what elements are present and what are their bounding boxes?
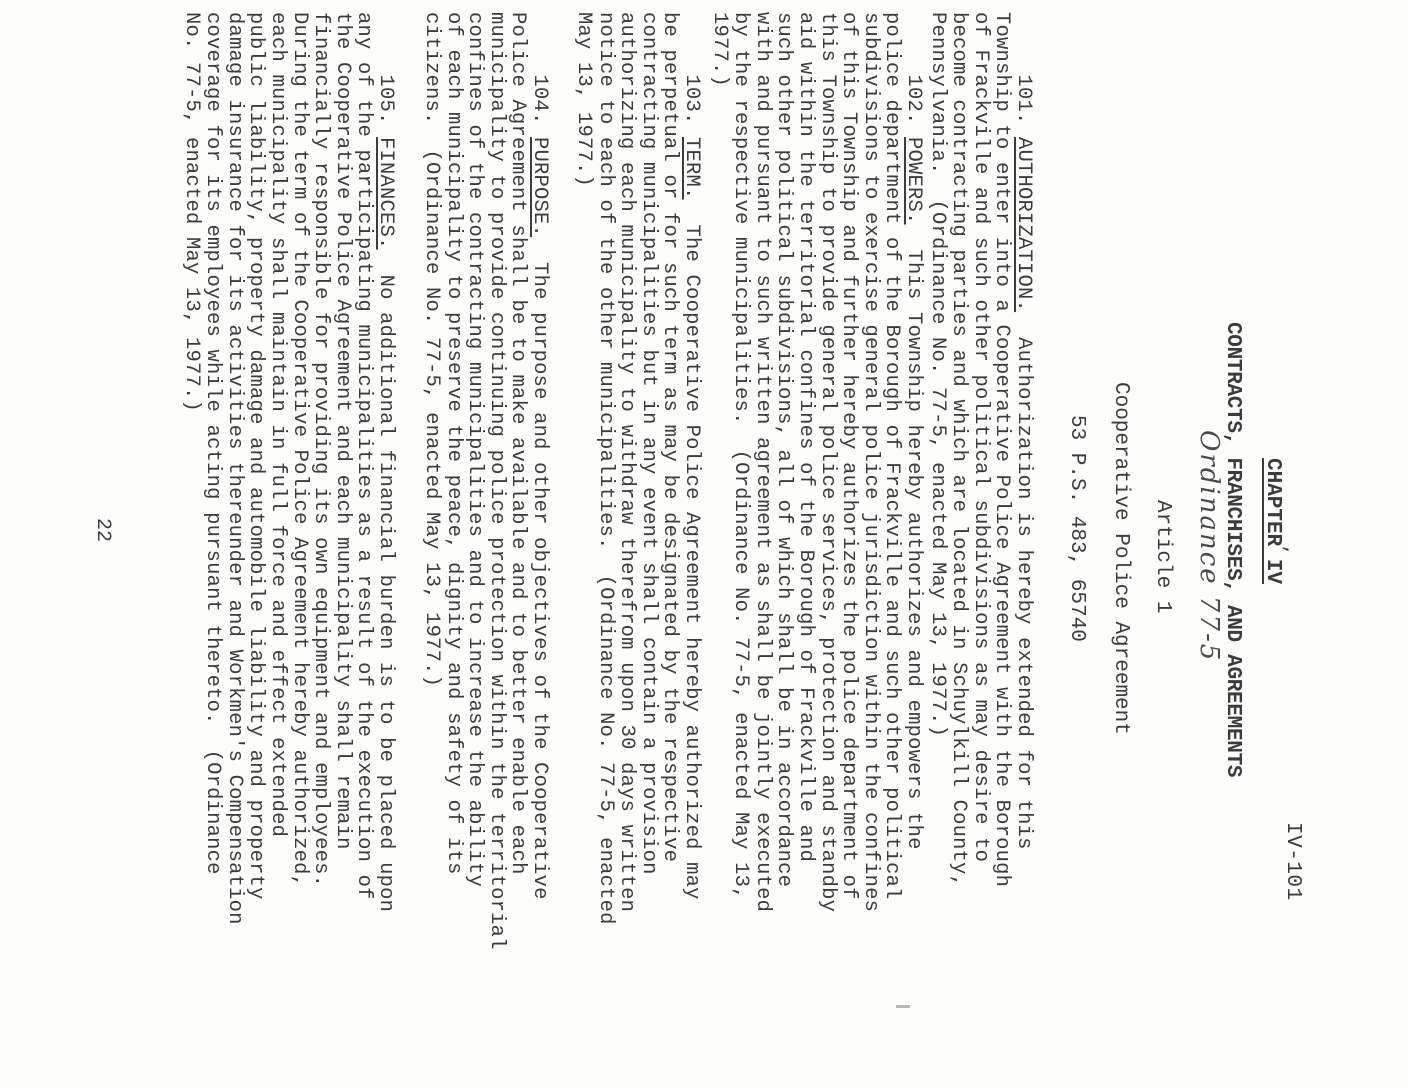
section-line: police department of the Borough of Frac… [881,12,903,1022]
section-line: notice to each of the other municipaliti… [594,12,616,1022]
section-line: municipality to provide continuing polic… [485,12,507,1022]
chapter-heading: CHAPTER IV [1261,458,1284,584]
section-line: financially responsible for providing it… [310,12,332,1022]
document-page: IV-101 , CHAPTER IV CONTRACTS, FRANCHISE… [0,0,1408,1088]
section-line: by the respective municipalities. (Ordin… [730,12,752,1022]
section-number: 105. [374,12,397,137]
section-line: 104. PURPOSE. The purpose and other obje… [528,12,550,1022]
section-line: become contracting parties and which are… [948,12,970,1022]
section-line: aid within the territorial confines of t… [794,12,816,1022]
section-line: 103. TERM. The Cooperative Police Agreem… [680,12,702,1022]
section-number: 102. [902,12,925,137]
section-line: 1977.) [708,12,730,1022]
section-line: Police Agreement shall be to make availa… [507,12,529,1022]
section-line: 101. AUTHORIZATION. Authorization is her… [1012,12,1034,1022]
section-heading: PURPOSE. [528,137,551,237]
section-line: each municipality shall maintain in full… [266,12,288,1022]
article-subject: Cooperative Police Agreement [1109,382,1132,735]
section-heading: FINANCES. [374,137,397,250]
section-heading: AUTHORIZATION. [1012,137,1035,312]
section-number: 101. [1012,12,1035,137]
section-line: 102. POWERS. This Township hereby author… [902,12,924,1022]
section-line: During the term of the Cooperative Polic… [288,12,310,1022]
section-number: 103. [680,12,703,137]
section-line: with and pursuant to such written agreem… [751,12,773,1022]
scan-artifact [896,1005,910,1008]
page-number: 22 [91,518,114,542]
section-line: 105. FINANCES. No additional financial b… [374,12,396,1022]
section-line: Pennsylvania. (Ordinance No. 77-5, enact… [926,12,948,1022]
section-101: 101. AUTHORIZATION. Authorization is her… [926,12,1034,1022]
section-line: public liability, property damage and au… [245,12,267,1022]
section-number: 104. [528,12,551,137]
article-heading: Article 1 [1151,500,1174,613]
section-line: of Frackville and such other political s… [969,12,991,1022]
section-102: 102. POWERS. This Township hereby author… [708,12,924,1022]
section-line: citizens. (Ordinance No. 77-5, enacted M… [420,12,442,1022]
section-line: confines of the contracting municipaliti… [464,12,486,1022]
page-reference: IV-101 [1281,822,1304,901]
handwritten-annotation: Ordinance 77-5 [1194,430,1224,662]
section-103: 103. TERM. The Cooperative Police Agreem… [572,12,702,1022]
section-line: this Township to provide general police … [816,12,838,1022]
section-105: 105. FINANCES. No additional financial b… [180,12,396,1022]
section-line: authorizing each municipality to withdra… [616,12,638,1022]
statute-citation: 53 P.S. 483, 65740 [1065,415,1088,642]
section-line: be perpetual or for such term as may be … [659,12,681,1022]
section-line: such other political subdivisions, all o… [773,12,795,1022]
section-heading: POWERS. [902,137,925,225]
section-heading: TERM. [680,137,703,200]
section-104: 104. PURPOSE. The purpose and other obje… [420,12,550,1022]
section-line: subdivisions to exercise general police … [859,12,881,1022]
section-line: the Cooperative Police Agreement and eac… [331,12,353,1022]
section-line: damage insurance for its activities ther… [223,12,245,1022]
section-line: of this Township and further hereby auth… [838,12,860,1022]
section-line: coverage for its employees while acting … [202,12,224,1022]
chapter-title: CONTRACTS, FRANCHISES, AND AGREEMENTS [1221,322,1244,777]
section-line: May 13, 1977.) [572,12,594,1022]
section-line: any of the participating municipalities … [353,12,375,1022]
section-line: No. 77-5, enacted May 13, 1977.) [180,12,202,1022]
section-line: Township to enter into a Cooperative Pol… [991,12,1013,1022]
section-line: contracting municipalities but in any ev… [637,12,659,1022]
section-line: of each municipality to preserve the pea… [442,12,464,1022]
